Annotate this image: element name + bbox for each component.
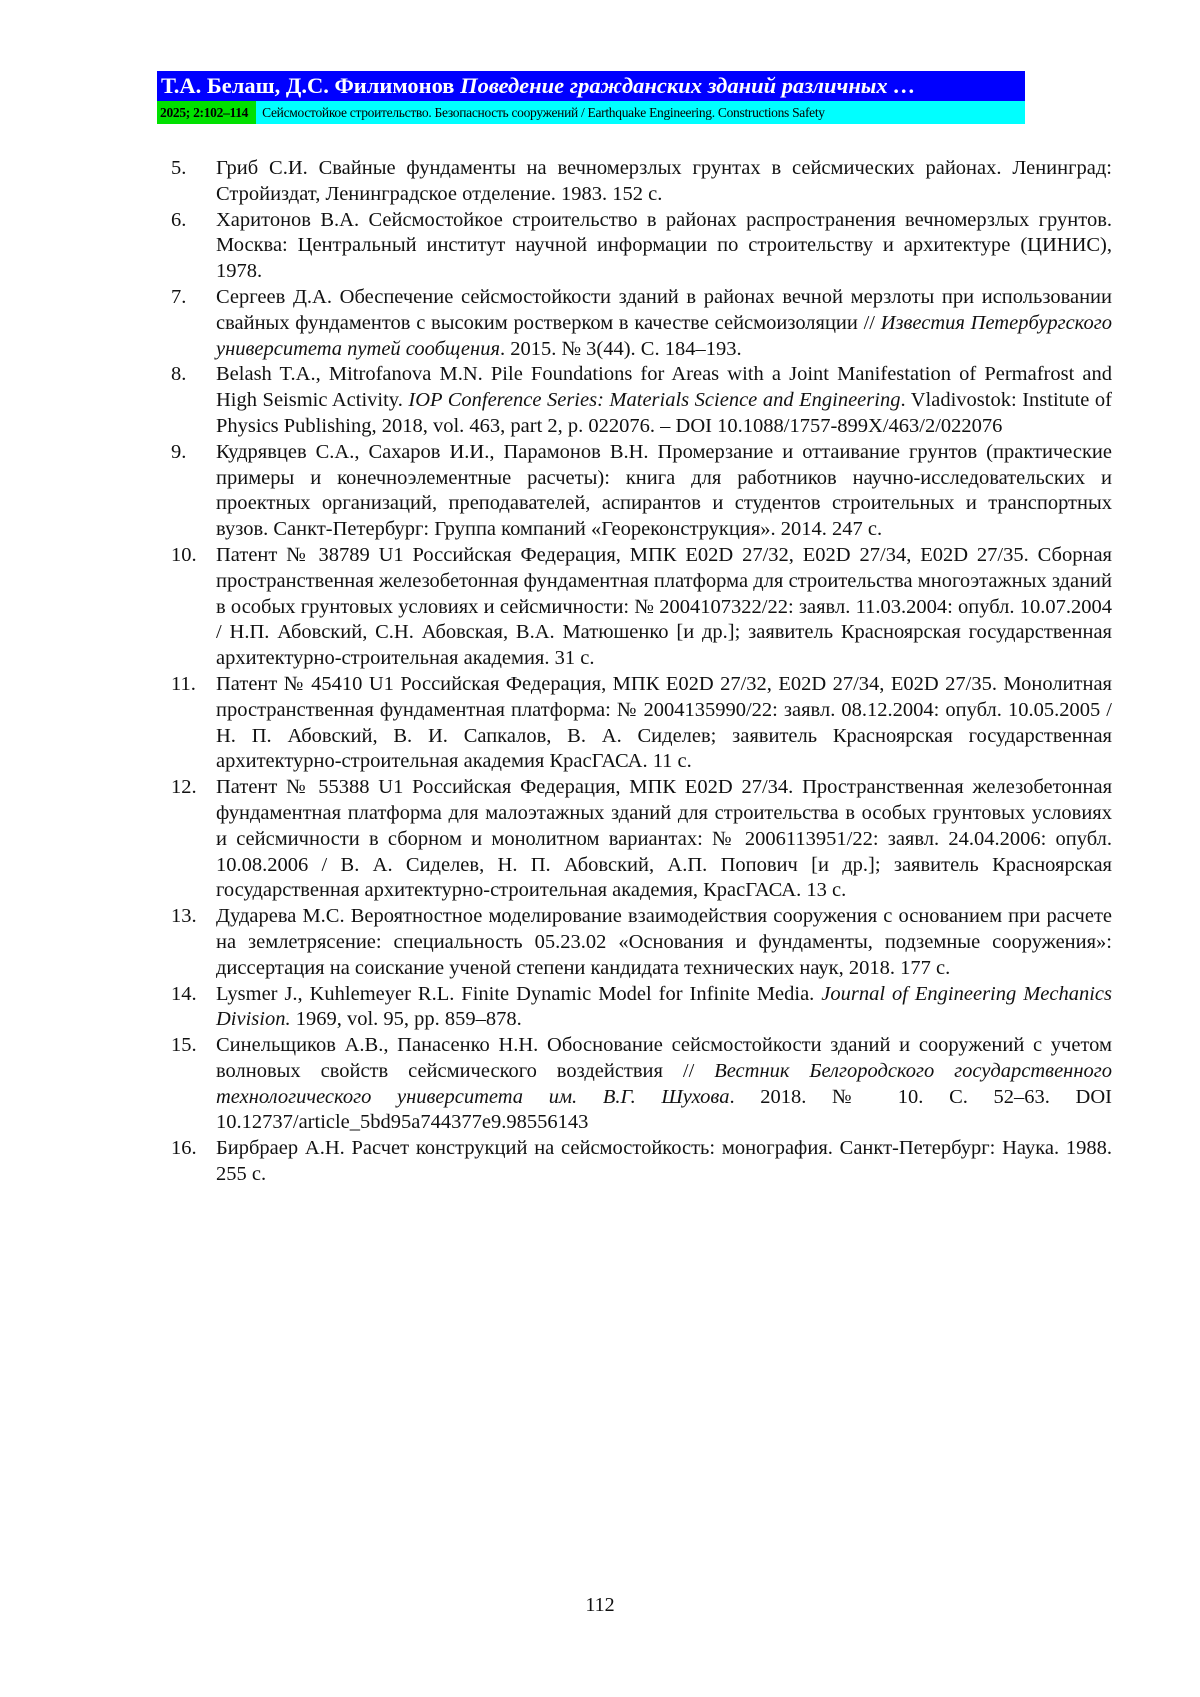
reference-text: Харитонов В.А. Сейсмостойкое строительст…	[216, 209, 1112, 283]
reference-number: 5.	[171, 156, 186, 182]
reference-list: 5.Гриб С.И. Свайные фундаменты на вечном…	[171, 156, 1112, 1188]
header-journal-band: 2025; 2:102–114 Сейсмостойкое строительс…	[157, 101, 1025, 124]
reference-text: 1969, vol. 95, pp. 859–878.	[291, 1008, 522, 1030]
reference-item: 6.Харитонов В.А. Сейсмостойкое строитель…	[171, 208, 1112, 285]
reference-item: 10.Патент № 38789 U1 Российская Федераци…	[171, 543, 1112, 672]
header-article-title: Поведение гражданских зданий различных …	[460, 73, 916, 98]
reference-source-title: IOP Conference Series: Materials Science…	[408, 389, 900, 411]
reference-number: 15.	[171, 1033, 197, 1059]
reference-number: 6.	[171, 208, 186, 234]
reference-text: Lysmer J., Kuhlemeyer R.L. Finite Dynami…	[216, 983, 821, 1005]
reference-item: 11.Патент № 45410 U1 Российская Федераци…	[171, 672, 1112, 775]
reference-number: 13.	[171, 904, 197, 930]
reference-item: 8.Belash T.A., Mitrofanova M.N. Pile Fou…	[171, 362, 1112, 439]
header-journal-name: Сейсмостойкое строительство. Безопасност…	[256, 101, 1025, 124]
reference-item: 7.Сергеев Д.А. Обеспечение сейсмостойкос…	[171, 285, 1112, 362]
page-number: 112	[0, 1594, 1200, 1617]
reference-item: 14.Lysmer J., Kuhlemeyer R.L. Finite Dyn…	[171, 982, 1112, 1034]
reference-number: 11.	[171, 672, 196, 698]
reference-number: 16.	[171, 1136, 197, 1162]
reference-item: 13.Дударева М.С. Вероятностное моделиров…	[171, 904, 1112, 981]
reference-number: 7.	[171, 285, 186, 311]
reference-number: 9.	[171, 440, 186, 466]
reference-text: Патент № 55388 U1 Российская Федерация, …	[216, 776, 1112, 901]
header-title-band: Т.А. Белаш, Д.С. Филимонов Поведение гра…	[157, 71, 1025, 101]
header-issue: 2025; 2:102–114	[157, 101, 256, 124]
running-header: Т.А. Белаш, Д.С. Филимонов Поведение гра…	[157, 71, 1025, 124]
reference-number: 14.	[171, 982, 197, 1008]
reference-text: Патент № 45410 U1 Российская Федерация, …	[216, 673, 1112, 772]
reference-number: 10.	[171, 543, 197, 569]
header-authors: Т.А. Белаш, Д.С. Филимонов	[161, 73, 460, 98]
reference-number: 12.	[171, 775, 197, 801]
reference-item: 15.Синельщиков А.В., Панасенко Н.Н. Обос…	[171, 1033, 1112, 1136]
reference-text: Гриб С.И. Свайные фундаменты на вечномер…	[216, 157, 1112, 205]
reference-number: 8.	[171, 362, 186, 388]
reference-item: 5.Гриб С.И. Свайные фундаменты на вечном…	[171, 156, 1112, 208]
reference-item: 16.Бирбраер А.Н. Расчет конструкций на с…	[171, 1136, 1112, 1188]
reference-text: Патент № 38789 U1 Российская Федерация, …	[216, 544, 1112, 669]
reference-item: 9.Кудрявцев С.А., Сахаров И.И., Парамоно…	[171, 440, 1112, 543]
reference-text: Дударева М.С. Вероятностное моделировани…	[216, 905, 1112, 979]
reference-text: Кудрявцев С.А., Сахаров И.И., Парамонов …	[216, 441, 1112, 540]
reference-item: 12.Патент № 55388 U1 Российская Федераци…	[171, 775, 1112, 904]
reference-text: . 2015. № 3(44). С. 184–193.	[500, 338, 742, 360]
reference-text: Бирбраер А.Н. Расчет конструкций на сейс…	[216, 1137, 1112, 1185]
